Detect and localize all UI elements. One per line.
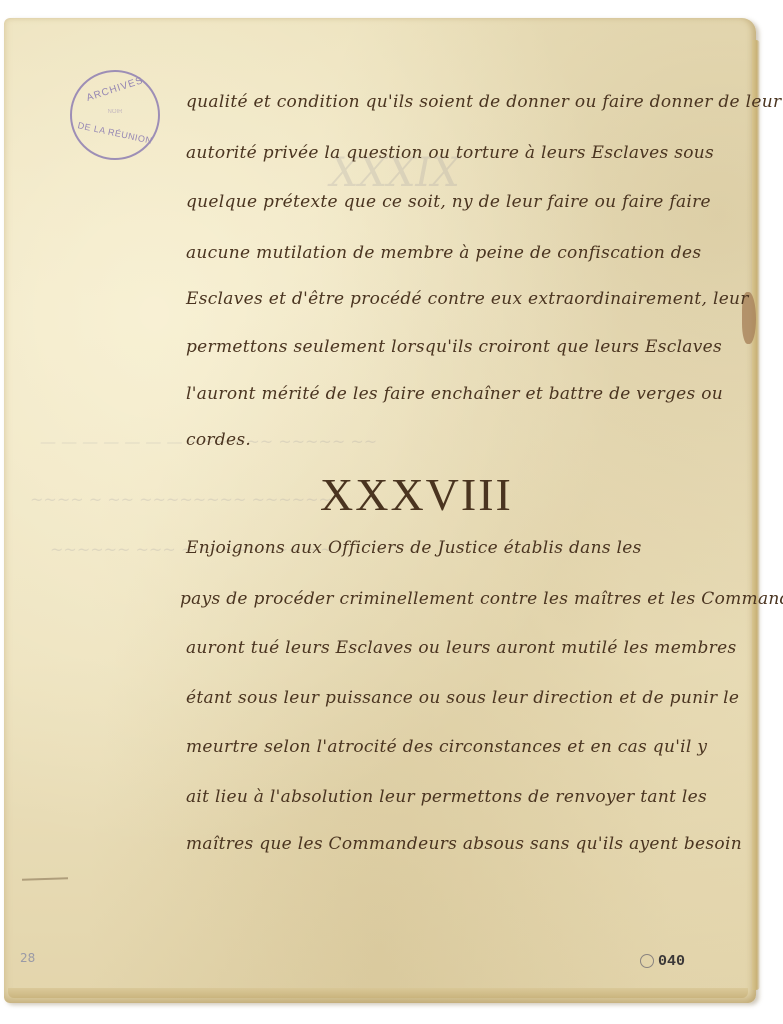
bleed-through-text: ~~~~ ~ ~~ ~~~~~~~~ ~~~~~~ — [30, 490, 332, 509]
manuscript-line: Enjoignons aux Officiers de Justice étab… — [186, 538, 642, 558]
manuscript-line: ait lieu à l'absolution leur permettons … — [186, 787, 707, 807]
pencil-page-number: 28 — [20, 951, 35, 965]
manuscript-line: aucune mutilation de membre à peine de c… — [186, 243, 701, 263]
manuscript-line: étant sous leur puissance ou sous leur d… — [186, 688, 739, 708]
manuscript-line: Esclaves et d'être procédé contre eux ex… — [186, 289, 749, 309]
manuscript-line: qualité et condition qu'ils soient de do… — [186, 92, 781, 112]
article-number-heading: XXXVIII — [320, 468, 513, 521]
folio-circle-icon — [640, 954, 654, 968]
manuscript-line: meurtre selon l'atrocité des circonstanc… — [186, 737, 707, 757]
manuscript-line: cordes. — [186, 430, 251, 450]
manuscript-line: maîtres que les Commandeurs absous sans … — [186, 834, 742, 854]
manuscript-line: autorité privée la question ou torture à… — [186, 143, 714, 163]
manuscript-line: quelque prétexte que ce soit, ny de leur… — [186, 192, 711, 212]
manuscript-line: auront tué leurs Esclaves ou leurs auron… — [186, 638, 736, 658]
page-edge-bottom — [8, 988, 748, 998]
folio-number: 040 — [658, 953, 685, 970]
manuscript-line: pays de procéder criminellement contre l… — [180, 589, 783, 609]
page-edge-right — [752, 40, 760, 990]
stamp-middle-text: NOIR — [72, 109, 158, 115]
folio-stamp: 040 — [640, 953, 685, 970]
manuscript-line: permettons seulement lorsqu'ils croiront… — [186, 337, 722, 357]
stamp-bottom-text: DE LA RÉUNION — [72, 119, 158, 147]
manuscript-line: l'auront mérité de les faire enchaîner e… — [186, 384, 723, 404]
archives-stamp: ARCHIVES NOIR DE LA RÉUNION — [70, 70, 160, 160]
